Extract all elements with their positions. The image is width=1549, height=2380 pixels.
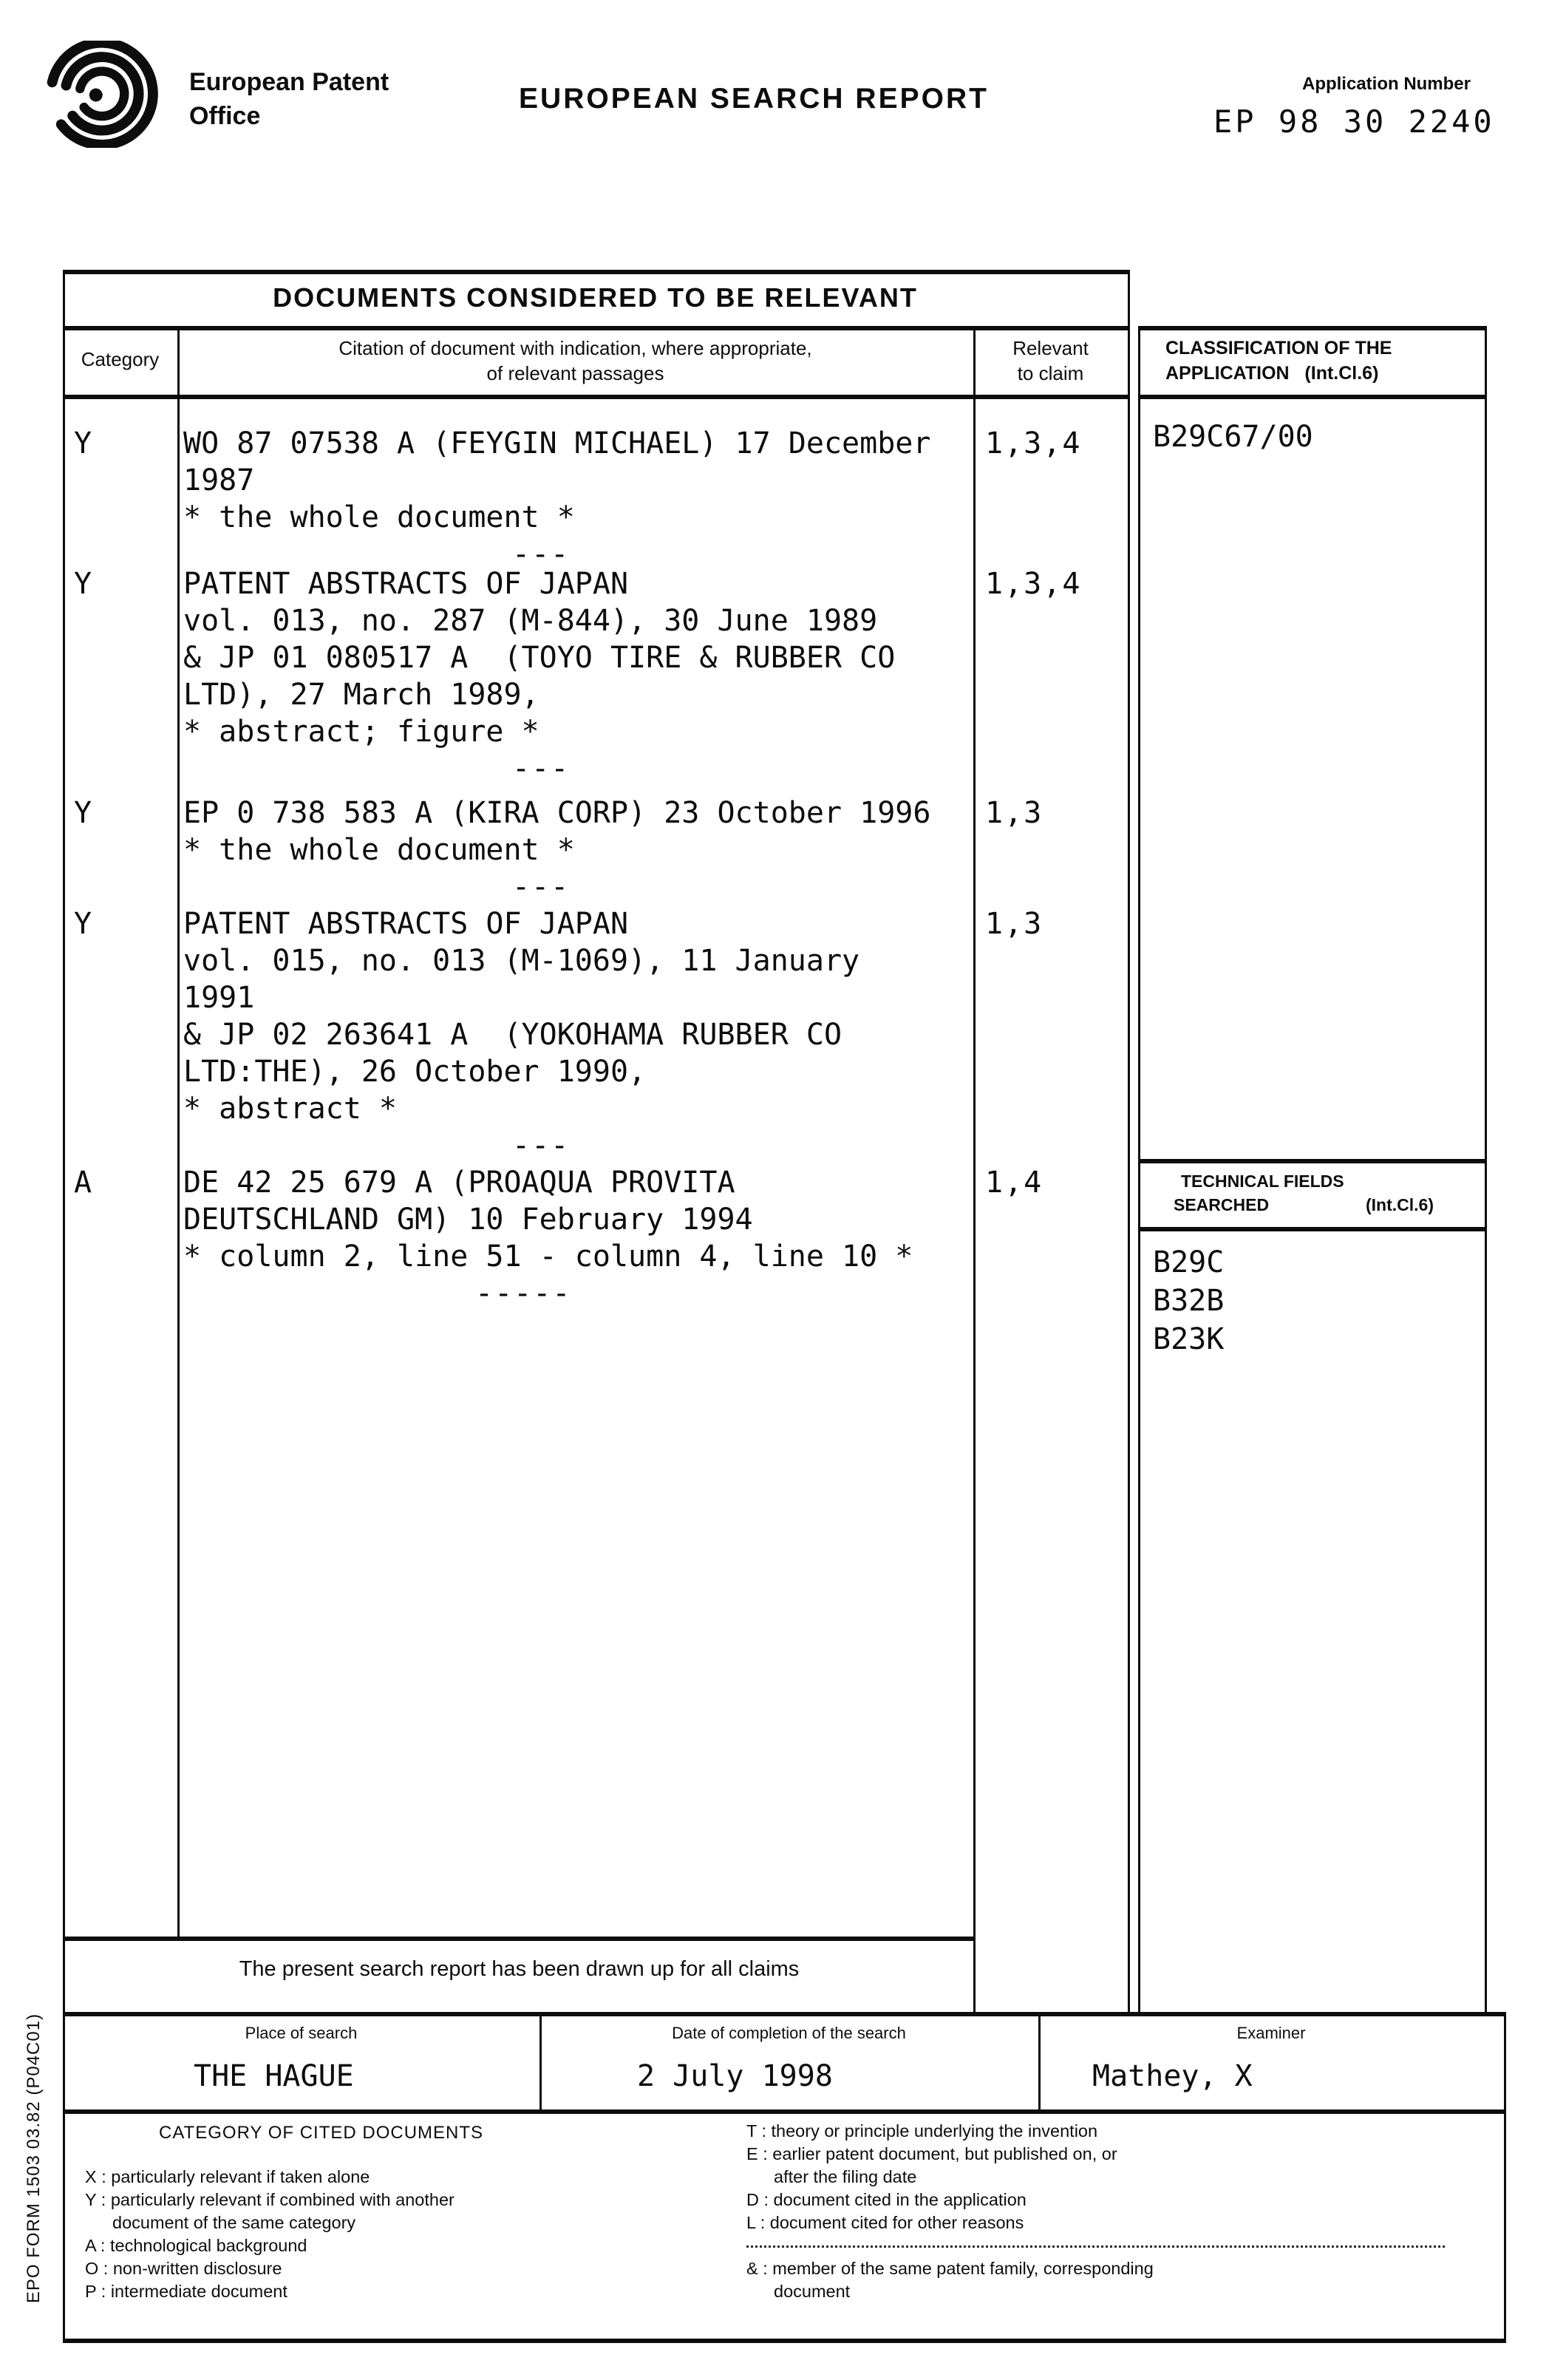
border-line: [63, 395, 1130, 399]
border-line: [1138, 326, 1140, 2012]
date-of-completion-value: 2 July 1998: [637, 2059, 833, 2093]
column-header-relevant-line1: Relevant: [973, 336, 1128, 361]
relevant-to-claim: 1,3: [985, 795, 1043, 832]
legend-entry: E : earlier patent document, but publish…: [746, 2143, 1117, 2166]
technical-field-code: B23K: [1153, 1320, 1224, 1359]
citation-line: PATENT ABSTRACTS OF JAPAN: [183, 565, 895, 602]
citation-line: vol. 015, no. 013 (M-1069), 11 January: [183, 942, 859, 979]
citation-row: PATENT ABSTRACTS OF JAPAN vol. 013, no. …: [183, 565, 895, 787]
relevant-to-claim: 1,4: [985, 1164, 1043, 1201]
relevant-to-claim: 1,3: [985, 905, 1043, 942]
citation-line: LTD:THE), 26 October 1990,: [183, 1053, 859, 1090]
border-line: [63, 326, 1130, 330]
legend-title: CATEGORY OF CITED DOCUMENTS: [159, 2123, 483, 2143]
citation-line: DEUTSCHLAND GM) 10 February 1994: [183, 1201, 913, 1238]
technical-fields-label-searched: SEARCHED: [1174, 1193, 1269, 1217]
border-line: [177, 326, 180, 1937]
citation-line: * abstract *: [183, 1090, 859, 1127]
legend-left-column: X : particularly relevant if taken alone…: [85, 2166, 455, 2303]
relevant-to-claim: 1,3,4: [985, 565, 1081, 602]
date-of-completion-label: Date of completion of the search: [539, 2024, 1038, 2043]
technical-fields-label-line1: TECHNICAL FIELDS: [1181, 1169, 1344, 1193]
citation-category: Y: [74, 795, 92, 832]
citation-line: * the whole document *: [183, 832, 930, 868]
legend-entry: Y : particularly relevant if combined wi…: [85, 2189, 455, 2211]
citation-separator: ---: [183, 1127, 859, 1164]
relevant-to-claim: 1,3,4: [985, 425, 1081, 462]
column-header-classification-line1: CLASSIFICATION OF THE: [1165, 336, 1392, 361]
column-header-classification-line2: APPLICATION (Int.Cl.6): [1165, 361, 1378, 386]
border-line: [63, 270, 1130, 274]
legend-entry: P : intermediate document: [85, 2280, 455, 2303]
citation-row: WO 87 07538 A (FEYGIN MICHAEL) 17 Decemb…: [183, 425, 930, 573]
citation-category: Y: [74, 565, 92, 602]
legend-entry-continuation: document: [746, 2280, 1154, 2303]
citation-line: & JP 02 263641 A (YOKOHAMA RUBBER CO: [183, 1016, 859, 1053]
application-number-value: EP 98 30 2240: [1213, 103, 1495, 140]
citation-line: * abstract; figure *: [183, 713, 895, 750]
border-line: [1138, 326, 1487, 330]
column-header-citation-line1: Citation of document with indication, wh…: [177, 336, 973, 361]
epo-office-name-line2: Office: [189, 99, 389, 133]
citation-category: Y: [74, 425, 92, 462]
technical-field-code: B32B: [1153, 1282, 1224, 1320]
application-number-label: Application Number: [1160, 74, 1471, 95]
place-of-search-value: THE HAGUE: [194, 2059, 354, 2093]
examiner-label: Examiner: [1038, 2024, 1504, 2043]
legend-right-column-bottom: & : member of the same patent family, co…: [746, 2257, 1154, 2303]
border-line: [1138, 395, 1487, 399]
border-line: [63, 2012, 65, 2343]
citation-line: 1987: [183, 462, 930, 499]
citation-line: WO 87 07538 A (FEYGIN MICHAEL) 17 Decemb…: [183, 425, 930, 462]
citation-separator: ---: [183, 868, 930, 905]
border-line: [1138, 1159, 1487, 1163]
citation-line: PATENT ABSTRACTS OF JAPAN: [183, 905, 859, 942]
examiner-value: Mathey, X: [1092, 2059, 1253, 2093]
border-line: [1138, 1227, 1487, 1231]
citation-line: LTD), 27 March 1989,: [183, 676, 895, 713]
citation-line: & JP 01 080517 A (TOYO TIRE & RUBBER CO: [183, 639, 895, 676]
citation-line: 1991: [183, 979, 859, 1016]
border-line: [1504, 2012, 1506, 2343]
citation-line: EP 0 738 583 A (KIRA CORP) 23 October 19…: [183, 795, 930, 832]
classification-value: B29C67/00: [1153, 418, 1313, 455]
legend-entry: O : non-written disclosure: [85, 2257, 455, 2280]
citation-line: DE 42 25 679 A (PROAQUA PROVITA: [183, 1164, 913, 1201]
legend-entry: X : particularly relevant if taken alone: [85, 2166, 455, 2189]
legend-dotted-divider: [746, 2245, 1445, 2248]
legend-entry: D : document cited in the application: [746, 2189, 1117, 2211]
legend-entry: A : technological background: [85, 2234, 455, 2257]
border-line: [63, 2339, 1506, 2343]
legend-right-column: T : theory or principle underlying the i…: [746, 2120, 1117, 2234]
citation-separator: ---: [183, 750, 895, 787]
legend-entry-continuation: document of the same category: [85, 2211, 455, 2234]
technical-fields-label-intcl: (Int.Cl.6): [1366, 1193, 1434, 1217]
border-line: [1485, 326, 1487, 2012]
citation-line: * column 2, line 51 - column 4, line 10 …: [183, 1238, 913, 1275]
citation-row: DE 42 25 679 A (PROAQUA PROVITA DEUTSCHL…: [183, 1164, 913, 1312]
epo-form-id: EPO FORM 1503 03.82 (P04C01): [24, 1959, 46, 2358]
legend-entry: L : document cited for other reasons: [746, 2211, 1117, 2234]
epo-office-name-line1: European Patent: [189, 65, 389, 99]
epo-office-name: European Patent Office: [189, 65, 389, 133]
column-header-citation-line2: of relevant passages: [177, 361, 973, 386]
citation-separator: -----: [183, 1275, 913, 1312]
border-line: [63, 1937, 976, 1941]
border-line: [973, 326, 976, 2012]
european-search-report-page: European Patent Office EUROPEAN SEARCH R…: [0, 0, 1549, 2380]
border-line: [63, 270, 65, 2016]
legend-entry: & : member of the same patent family, co…: [746, 2257, 1154, 2280]
citation-row: PATENT ABSTRACTS OF JAPAN vol. 015, no. …: [183, 905, 859, 1164]
border-line: [1128, 270, 1130, 2012]
citation-row: EP 0 738 583 A (KIRA CORP) 23 October 19…: [183, 795, 930, 905]
citation-line: * the whole document *: [183, 499, 930, 536]
drawn-up-note: The present search report has been drawn…: [63, 1957, 976, 1982]
table-title: DOCUMENTS CONSIDERED TO BE RELEVANT: [63, 282, 1128, 313]
legend-entry: T : theory or principle underlying the i…: [746, 2120, 1117, 2143]
technical-fields-codes: B29C B32B B23K: [1153, 1243, 1224, 1359]
border-line: [63, 2012, 1506, 2016]
report-title: EUROPEAN SEARCH REPORT: [429, 83, 1079, 115]
border-line: [63, 2109, 1506, 2114]
column-header-category: Category: [63, 347, 177, 372]
citation-category: Y: [74, 905, 92, 942]
column-header-relevant-line2: to claim: [973, 361, 1128, 386]
place-of-search-label: Place of search: [63, 2024, 539, 2043]
citation-line: vol. 013, no. 287 (M-844), 30 June 1989: [183, 602, 895, 639]
legend-entry-continuation: after the filing date: [746, 2166, 1117, 2189]
technical-field-code: B29C: [1153, 1243, 1224, 1282]
citation-category: A: [74, 1164, 92, 1201]
epo-logo-icon: [43, 41, 167, 148]
